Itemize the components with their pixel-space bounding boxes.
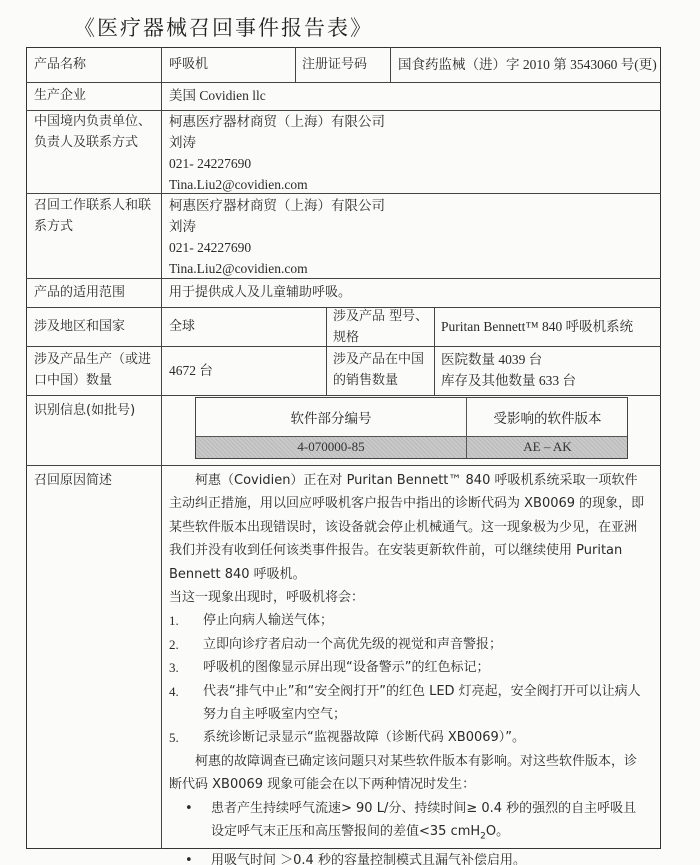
software-part-number: 4-070000-85 — [196, 439, 466, 455]
model-label: 涉及产品 型号、规格 — [333, 306, 431, 348]
recall-contact-block: 柯惠医疗器材商贸（上海）有限公司 刘涛 021- 24227690 Tina.L… — [169, 195, 385, 279]
reason-lead: 当这一现象出现时，呼吸机将会： — [169, 586, 647, 609]
row-divider — [26, 395, 661, 396]
quantity-label: 涉及产品生产（或进口中国）数量 — [34, 349, 159, 391]
row-divider — [26, 465, 661, 466]
email-address: Tina.Liu2@covidien.com — [169, 258, 385, 279]
reason-label: 召回原因简述 — [34, 470, 112, 491]
reason-intro: 柯惠（Covidien）正在对 Puritan Bennett™ 840 呼吸机… — [169, 469, 647, 586]
product-name-label: 产品名称 — [34, 54, 86, 75]
inventory-count: 库存及其他数量 633 台 — [441, 370, 576, 391]
product-name-value: 呼吸机 — [169, 54, 208, 75]
condition-list: 患者产生持续呼气流速> 90 L/分、持续时间≥ 0.4 秒的强烈的自主呼吸且设… — [169, 797, 647, 865]
china-sales-block: 医院数量 4039 台 库存及其他数量 633 台 — [441, 349, 576, 391]
document-title: 《医疗器械召回事件报告表》 — [74, 12, 373, 42]
phone-number: 021- 24227690 — [169, 153, 385, 174]
row-divider — [196, 436, 627, 437]
affected-version: AE – AK — [467, 439, 628, 455]
domestic-contact-block: 柯惠医疗器材商贸（上海）有限公司 刘涛 021- 24227690 Tina.L… — [169, 111, 385, 195]
registration-label: 注册证号码 — [302, 54, 367, 75]
scope-label: 产品的适用范围 — [34, 282, 125, 303]
model-value: Puritan Bennett™ 840 呼吸机系统 — [441, 316, 633, 337]
manufacturer-label: 生产企业 — [34, 85, 86, 106]
reason-content: 柯惠（Covidien）正在对 Puritan Bennett™ 840 呼吸机… — [169, 469, 647, 865]
company-name: 柯惠医疗器材商贸（上海）有限公司 — [169, 195, 385, 216]
contact-person: 刘涛 — [169, 216, 385, 237]
identification-label: 识别信息(如批号) — [34, 400, 135, 421]
recall-contact-label: 召回工作联系人和联系方式 — [34, 195, 159, 237]
column-divider — [326, 307, 327, 395]
scope-value: 用于提供成人及儿童辅助呼吸。 — [169, 282, 351, 303]
list-item: 4.代表“排气中止”和“安全阀打开”的红色 LED 灯亮起，安全阀打开可以让病人… — [169, 680, 647, 727]
column-divider — [161, 47, 162, 849]
list-item: 用吸气时间 ＞0.4 秒的容量控制模式且漏气补偿启用。 — [169, 849, 647, 865]
phone-number: 021- 24227690 — [169, 237, 385, 258]
contact-person: 刘涛 — [169, 132, 385, 153]
company-name: 柯惠医疗器材商贸（上海）有限公司 — [169, 111, 385, 132]
china-sales-label: 涉及产品在中国的销售数量 — [333, 349, 431, 391]
registration-value: 国食药监械（进）字 2010 第 3543060 号(更) — [398, 54, 657, 75]
investigation-text: 柯惠的故障调查已确定该问题只对某些软件版本有影响。对这些软件版本，诊断代码 XB… — [169, 750, 647, 797]
hospital-count: 医院数量 4039 台 — [441, 349, 576, 370]
header-affected-version: 受影响的软件版本 — [467, 407, 628, 427]
email-address: Tina.Liu2@covidien.com — [169, 174, 385, 195]
domestic-contact-label: 中国境内负责单位、负责人及联系方式 — [34, 111, 159, 153]
region-label: 涉及地区和国家 — [34, 316, 125, 337]
list-item: 5.系统诊断记录显示“监视器故障（诊断代码 XB0069）”。 — [169, 726, 647, 749]
symptom-list: 1.停止向病人输送气体； 2.立即向诊疗者启动一个高优先级的视觉和声音警报； 3… — [169, 609, 647, 749]
list-item: 患者产生持续呼气流速> 90 L/分、持续时间≥ 0.4 秒的强烈的自主呼吸且设… — [169, 797, 647, 849]
list-item: 2.立即向诊疗者启动一个高优先级的视觉和声音警报； — [169, 633, 647, 656]
region-value: 全球 — [169, 316, 195, 337]
quantity-value: 4672 台 — [169, 360, 213, 381]
column-divider — [295, 47, 296, 82]
header-software-part-number: 软件部分编号 — [196, 407, 466, 427]
list-item: 1.停止向病人输送气体； — [169, 609, 647, 632]
row-divider — [26, 82, 661, 83]
column-divider — [434, 307, 435, 395]
list-item: 3.呼吸机的图像显示屏出现“设备警示”的红色标记； — [169, 656, 647, 679]
column-divider — [390, 47, 391, 82]
software-table: 软件部分编号 受影响的软件版本 4-070000-85 AE – AK — [195, 397, 628, 459]
manufacturer-value: 美国 Covidien llc — [169, 85, 266, 106]
